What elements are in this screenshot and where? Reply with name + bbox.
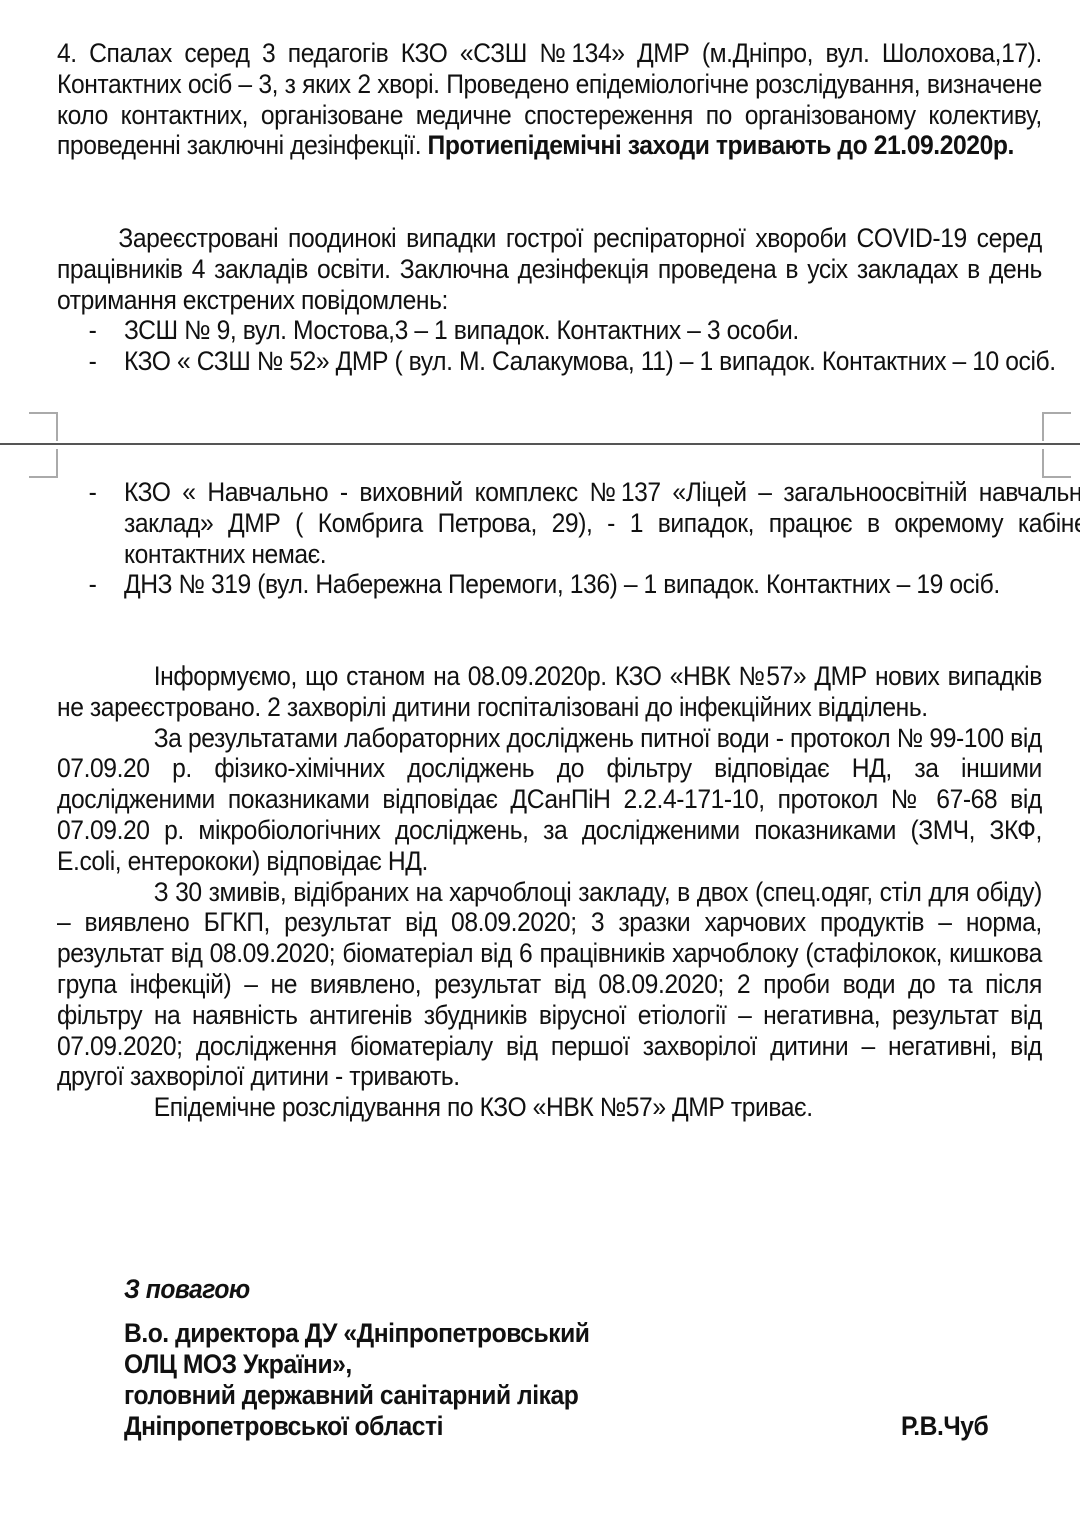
list-dash: - — [89, 477, 97, 508]
case-text: КЗО « СЗШ № 52» ДМР ( вул. М. Салакумова… — [124, 346, 1056, 376]
list-dash: - — [89, 569, 97, 600]
water-lab-results-paragraph: За результатами лабораторних досліджень … — [57, 723, 1042, 877]
item-4-bold-text: Протиепідемічні заходи тривають до 21.09… — [428, 130, 1014, 160]
investigation-ongoing-paragraph: Епідемічне розслідування по КЗО «НВК №57… — [57, 1092, 1042, 1123]
page-corner-mark-top-right — [1042, 412, 1071, 441]
page-break-line — [0, 443, 1080, 445]
page-2-cases: - КЗО « Навчально - виховний комплекс №1… — [57, 477, 1042, 600]
info-paragraph-nvk57: Інформуємо, що станом на 08.09.2020р. КЗ… — [57, 661, 1042, 723]
page-corner-mark-bottom-left — [29, 449, 58, 478]
item-4-paragraph: 4. Спалах серед 3 педагогів КЗО «СЗШ №13… — [57, 38, 1042, 161]
case-text: ЗСШ № 9, вул. Мостова,3 – 1 випадок. Кон… — [124, 315, 799, 345]
list-dash: - — [89, 315, 97, 346]
signature-title-line: ОЛЦ МОЗ України», — [124, 1349, 352, 1380]
signature-title-line: В.о. директора ДУ «Дніпропетровський — [124, 1318, 589, 1349]
swabs-results-paragraph: З 30 змивів, відібраних на харчоблоці за… — [57, 877, 1042, 1093]
page-corner-mark-bottom-right — [1042, 449, 1071, 478]
page-corner-mark-top-left — [29, 412, 58, 441]
case-list-item: - КЗО « СЗШ № 52» ДМР ( вул. М. Салакумо… — [57, 346, 1080, 377]
registered-cases-block: Зареєстровані поодинокі випадки гострої … — [57, 223, 1042, 377]
signature-name: Р.В.Чуб — [901, 1411, 988, 1442]
case-list-item: - ЗСШ № 9, вул. Мостова,3 – 1 випадок. К… — [57, 315, 1080, 346]
signature-title-line: Дніпропетровської області — [124, 1411, 443, 1442]
signature-title-line: головний державний санітарний лікар — [124, 1380, 578, 1411]
case-text: ДНЗ № 319 (вул. Набережна Перемоги, 136)… — [124, 569, 1000, 599]
case-list-item: - ДНЗ № 319 (вул. Набережна Перемоги, 13… — [57, 569, 1080, 600]
page-2-paragraphs: Інформуємо, що станом на 08.09.2020р. КЗ… — [57, 661, 1042, 1123]
page-1-content: 4. Спалах серед 3 педагогів КЗО «СЗШ №13… — [57, 38, 1042, 161]
case-text: КЗО « Навчально - виховний комплекс №137… — [124, 477, 1080, 569]
list-dash: - — [89, 346, 97, 377]
signature-regards: З повагою — [124, 1274, 250, 1305]
registered-cases-intro: Зареєстровані поодинокі випадки гострої … — [57, 223, 1042, 315]
case-list-item: - КЗО « Навчально - виховний комплекс №1… — [57, 477, 1080, 569]
